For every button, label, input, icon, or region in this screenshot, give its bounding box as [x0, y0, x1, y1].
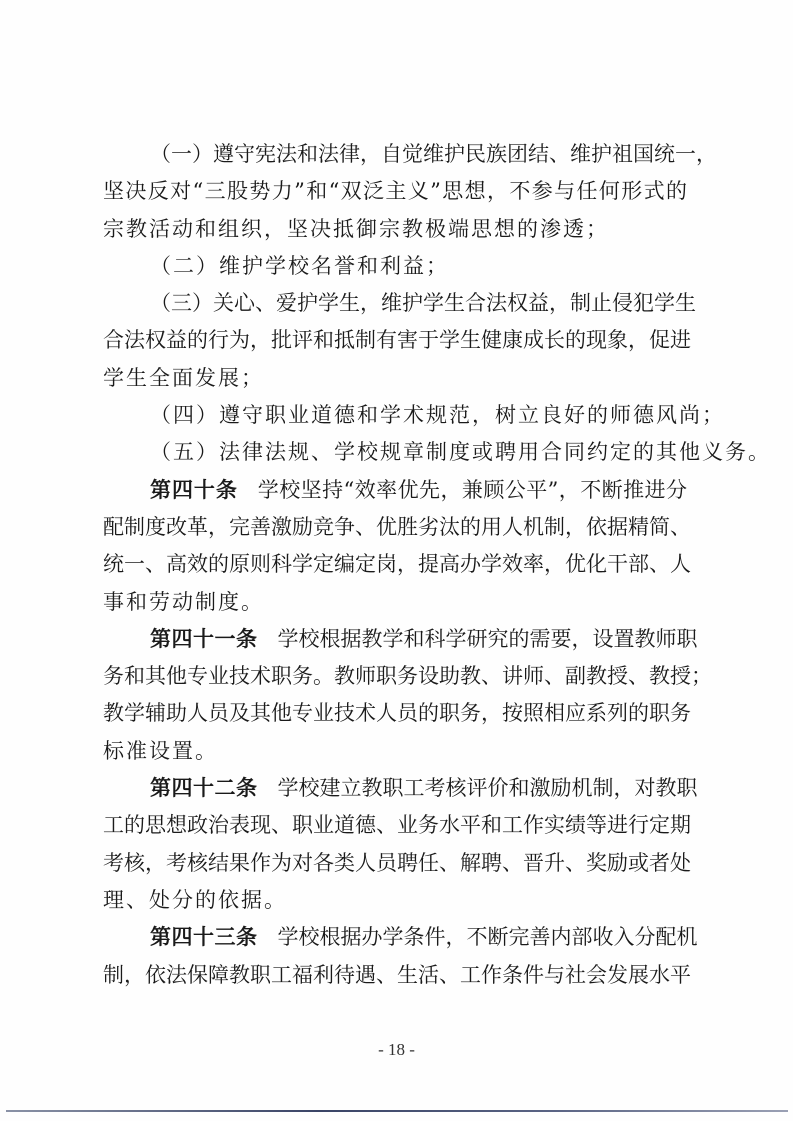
page-number: - 18 - — [0, 1040, 793, 1060]
text-line: 合法权益的行为，批评和抵制有害于学生健康成长的现象，促进 — [103, 322, 687, 359]
article-number: 第四十三条 — [150, 925, 258, 949]
article-paragraph: 第四十一条学校根据教学和科学研究的需要，设置教师职务和其他专业技术职务。教师职务… — [103, 621, 687, 770]
article-text: 学校坚持“效率优先，兼顾公平”，不断推进分 — [258, 478, 687, 502]
text-line: 第四十一条学校根据教学和科学研究的需要，设置教师职 — [103, 621, 687, 658]
text-line: 第四十二条学校建立教职工考核评价和激励机制，对教职 — [103, 770, 687, 807]
text-line: 学生全面发展； — [103, 360, 687, 397]
document-page: （一）遵守宪法和法律，自觉维护民族团结、维护祖国统一，坚决反对“三股势力”和“双… — [0, 0, 793, 1121]
text-line: （三）关心、爱护学生，维护学生合法权益，制止侵犯学生 — [103, 285, 687, 322]
text-line: 第四十三条学校根据办学条件，不断完善内部收入分配机 — [103, 919, 687, 956]
article-text: 学校根据办学条件，不断完善内部收入分配机 — [278, 925, 698, 949]
text-line: 考核，考核结果作为对各类人员聘任、解聘、晋升、奖励或者处 — [103, 845, 687, 882]
text-line: （四）遵守职业道德和学术规范，树立良好的师德风尚； — [103, 397, 687, 434]
clause-paragraph: （一）遵守宪法和法律，自觉维护民族团结、维护祖国统一，坚决反对“三股势力”和“双… — [103, 136, 687, 248]
text-line: 事和劳动制度。 — [103, 584, 687, 621]
clause-paragraph: （三）关心、爱护学生，维护学生合法权益，制止侵犯学生合法权益的行为，批评和抵制有… — [103, 285, 687, 397]
text-line: （五）法律法规、学校规章制度或聘用合同约定的其他义务。 — [103, 434, 687, 471]
text-line: 第四十条学校坚持“效率优先，兼顾公平”，不断推进分 — [103, 472, 687, 509]
text-line: 统一、高效的原则科学定编定岗，提高办学效率，优化干部、人 — [103, 546, 687, 583]
bottom-rule — [6, 1110, 788, 1112]
text-line: 工的思想政治表现、职业道德、业务水平和工作实绩等进行定期 — [103, 807, 687, 844]
text-line: 坚决反对“三股势力”和“双泛主义”思想，不参与任何形式的 — [103, 173, 687, 210]
article-paragraph: 第四十条学校坚持“效率优先，兼顾公平”，不断推进分配制度改革，完善激励竞争、优胜… — [103, 472, 687, 621]
text-line: 标准设置。 — [103, 733, 687, 770]
article-number: 第四十条 — [150, 478, 238, 502]
article-number: 第四十一条 — [150, 627, 258, 651]
text-line: 配制度改革，完善激励竞争、优胜劣汰的用人机制，依据精简、 — [103, 509, 687, 546]
text-line: 宗教活动和组织，坚决抵御宗教极端思想的渗透； — [103, 211, 687, 248]
article-text: 学校根据教学和科学研究的需要，设置教师职 — [278, 627, 698, 651]
document-body: （一）遵守宪法和法律，自觉维护民族团结、维护祖国统一，坚决反对“三股势力”和“双… — [103, 136, 687, 994]
text-line: 教学辅助人员及其他专业技术人员的职务，按照相应系列的职务 — [103, 695, 687, 732]
text-line: 务和其他专业技术职务。教师职务设助教、讲师、副教授、教授； — [103, 658, 687, 695]
text-line: （二）维护学校名誉和利益； — [103, 248, 687, 285]
clause-paragraph: （四）遵守职业道德和学术规范，树立良好的师德风尚； — [103, 397, 687, 434]
article-text: 学校建立教职工考核评价和激励机制，对教职 — [278, 776, 698, 800]
text-line: 理、处分的依据。 — [103, 882, 687, 919]
article-paragraph: 第四十三条学校根据办学条件，不断完善内部收入分配机制，依法保障教职工福利待遇、生… — [103, 919, 687, 994]
article-number: 第四十二条 — [150, 776, 258, 800]
text-line: （一）遵守宪法和法律，自觉维护民族团结、维护祖国统一， — [103, 136, 687, 173]
text-line: 制，依法保障教职工福利待遇、生活、工作条件与社会发展水平 — [103, 957, 687, 994]
clause-paragraph: （五）法律法规、学校规章制度或聘用合同约定的其他义务。 — [103, 434, 687, 471]
article-paragraph: 第四十二条学校建立教职工考核评价和激励机制，对教职工的思想政治表现、职业道德、业… — [103, 770, 687, 919]
clause-paragraph: （二）维护学校名誉和利益； — [103, 248, 687, 285]
